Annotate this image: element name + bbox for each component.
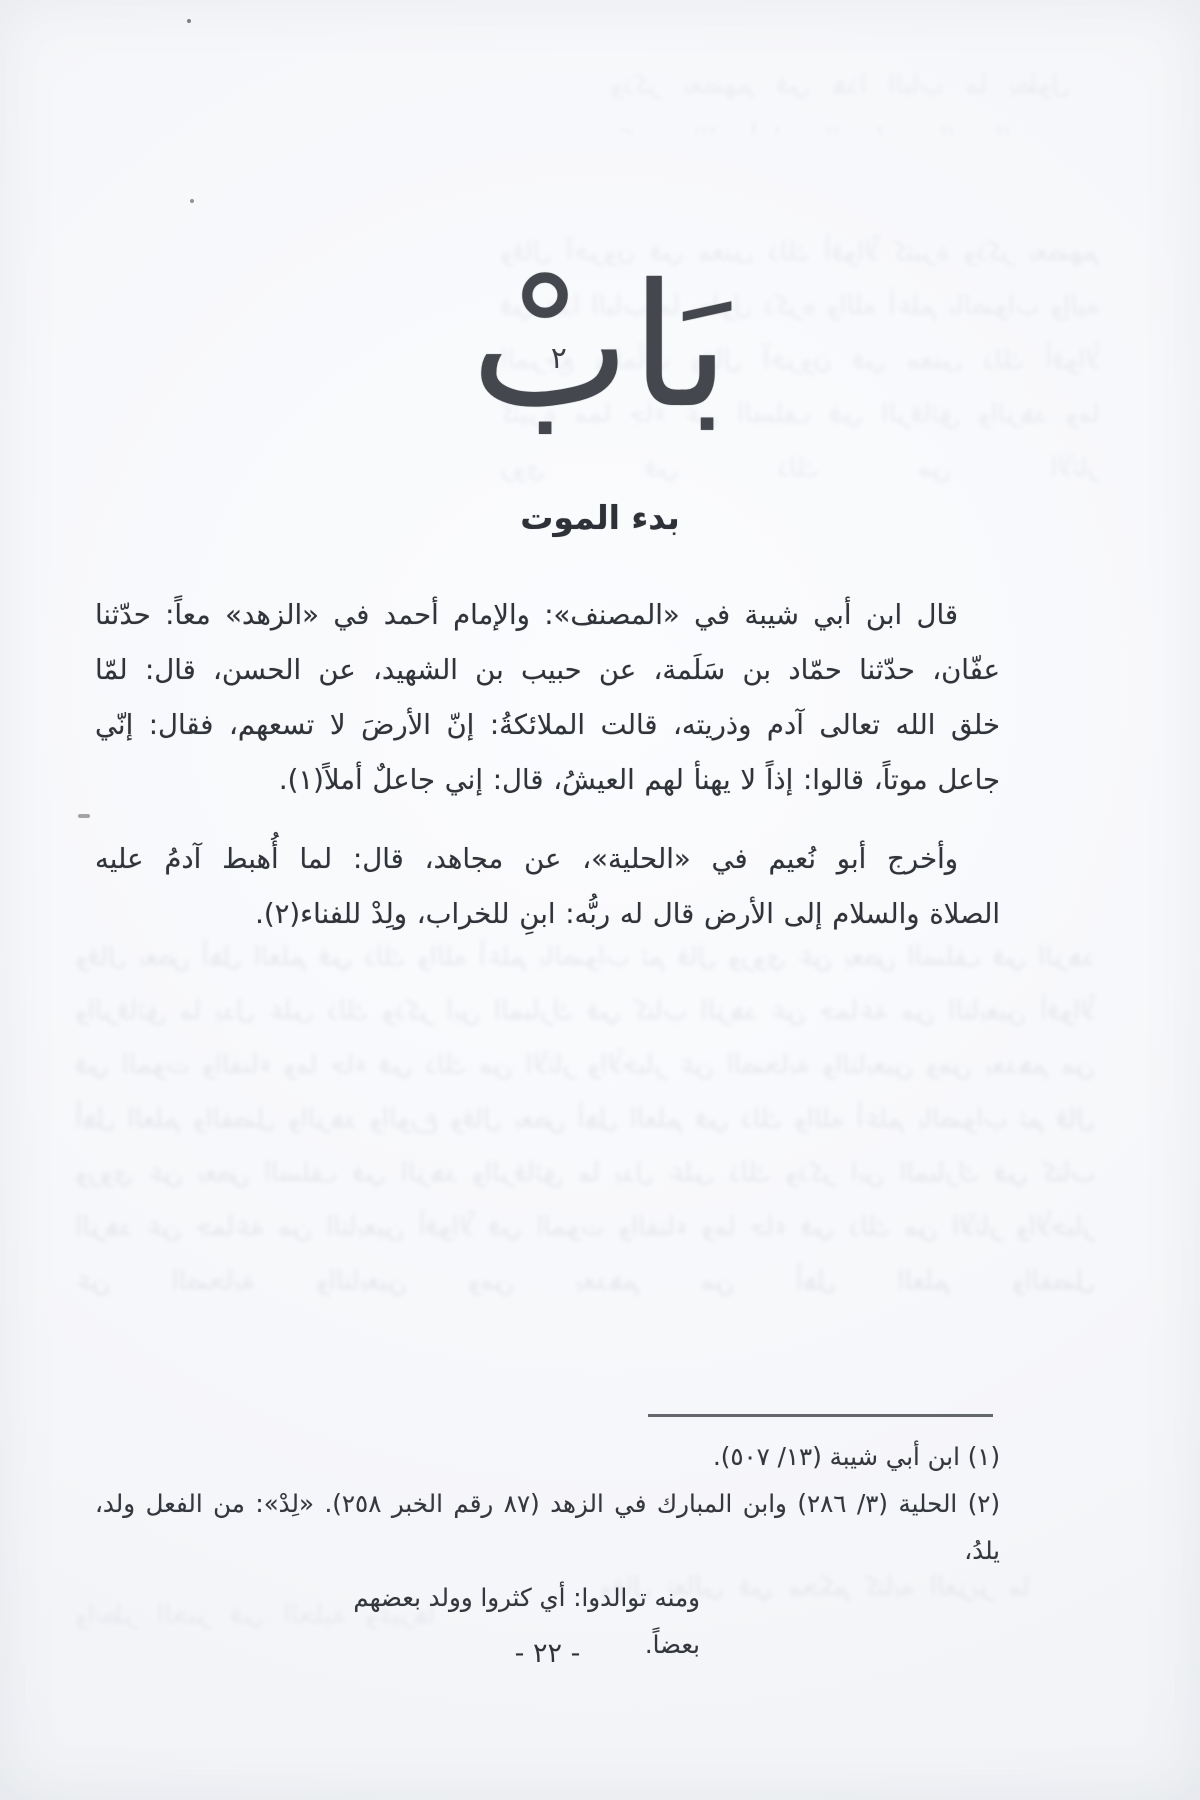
body-line: خلق الله تعالى آدم وذريته، قالت الملائكة…	[95, 698, 1000, 753]
chapter-calligraphy-bab: بَابْ	[470, 248, 729, 446]
body-line: قال ابن أبي شيبة في «المصنف»: والإمام أح…	[95, 588, 1000, 643]
scan-speck	[190, 199, 194, 203]
scan-speck	[187, 19, 191, 23]
scan-smudge	[78, 814, 90, 818]
footnote-separator	[648, 1414, 993, 1417]
footnotes: (١) ابن أبي شيبة (١٣/ ٥٠٧). (٢) الحلية (…	[95, 1433, 1000, 1668]
body-text: قال ابن أبي شيبة في «المصنف»: والإمام أح…	[95, 588, 1000, 942]
footnote-2-line-1: (٢) الحلية (٣/ ٢٨٦) وابن المبارك في الزه…	[95, 1480, 1000, 1574]
page-number: - ٢٢ -	[95, 1638, 1000, 1669]
chapter-number: ٢	[551, 341, 567, 376]
bleedthrough-text-middle: وقال بعض أهل العلم في ذلك والله أعلم بال…	[75, 930, 1095, 1392]
footnote-1: (١) ابن أبي شيبة (١٣/ ٥٠٧).	[95, 1433, 1000, 1480]
chapter-heading: بَابْ ٢	[0, 240, 1200, 455]
body-line: جاعل موتاً، قالوا: إذاً لا يهنأ لهم العي…	[95, 753, 1000, 808]
body-line: عفّان، حدّثنا حمّاد بن سَلَمة، عن حبيب ب…	[95, 643, 1000, 698]
body-line: وأخرج أبو نُعيم في «الحلية»، عن مجاهد، ق…	[95, 832, 1000, 887]
section-title: بدء الموت	[0, 498, 1200, 537]
scanned-book-page: وذكر بعضهم في هذا الباب ما يطول ذكره وال…	[0, 0, 1200, 1800]
chapter-calligraphy-wrap: بَابْ ٢	[470, 240, 729, 455]
bleedthrough-text-top: وذكر بعضهم في هذا الباب ما يطول ذكره وال…	[610, 58, 1070, 134]
body-line: الصلاة والسلام إلى الأرض قال له ربُّه: ا…	[95, 887, 1000, 942]
